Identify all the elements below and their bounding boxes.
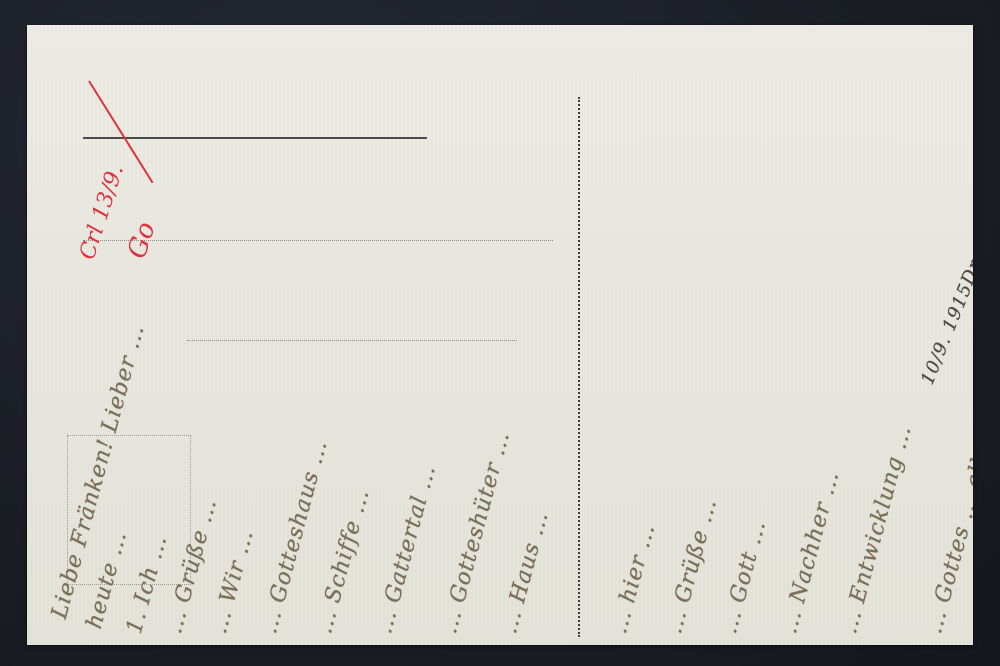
handwriting-line: ... Nachher ... [777, 468, 845, 636]
handwriting-line: ... Schiffe ... [312, 486, 375, 636]
handwriting-line: ... hier ... [607, 521, 660, 636]
postcard: Liebe Fränken! Lieber ... heute ... 1. I… [27, 25, 973, 645]
red-initials: Go [122, 218, 162, 262]
address-line-3 [187, 340, 517, 341]
handwriting-line: ... Gattertal ... [372, 462, 441, 636]
center-divider [578, 97, 580, 637]
signature-text: Dr. Schachleser [957, 133, 973, 288]
red-annotation: Crl 13/9. [75, 162, 129, 263]
handwriting-line: ... Grüße ... [662, 496, 722, 637]
address-line-1 [83, 137, 427, 139]
handwriting-line: ... Wir ... [207, 527, 259, 637]
date-text: 10/9. 1915 [917, 280, 973, 388]
handwriting-line: ... Entwicklung ... [837, 422, 917, 636]
handwriting-line: ... Gottes ... alles [922, 430, 973, 637]
handwriting-line: ... Haus ... [497, 509, 554, 637]
handwriting-line: ... Gott ... [717, 518, 771, 637]
